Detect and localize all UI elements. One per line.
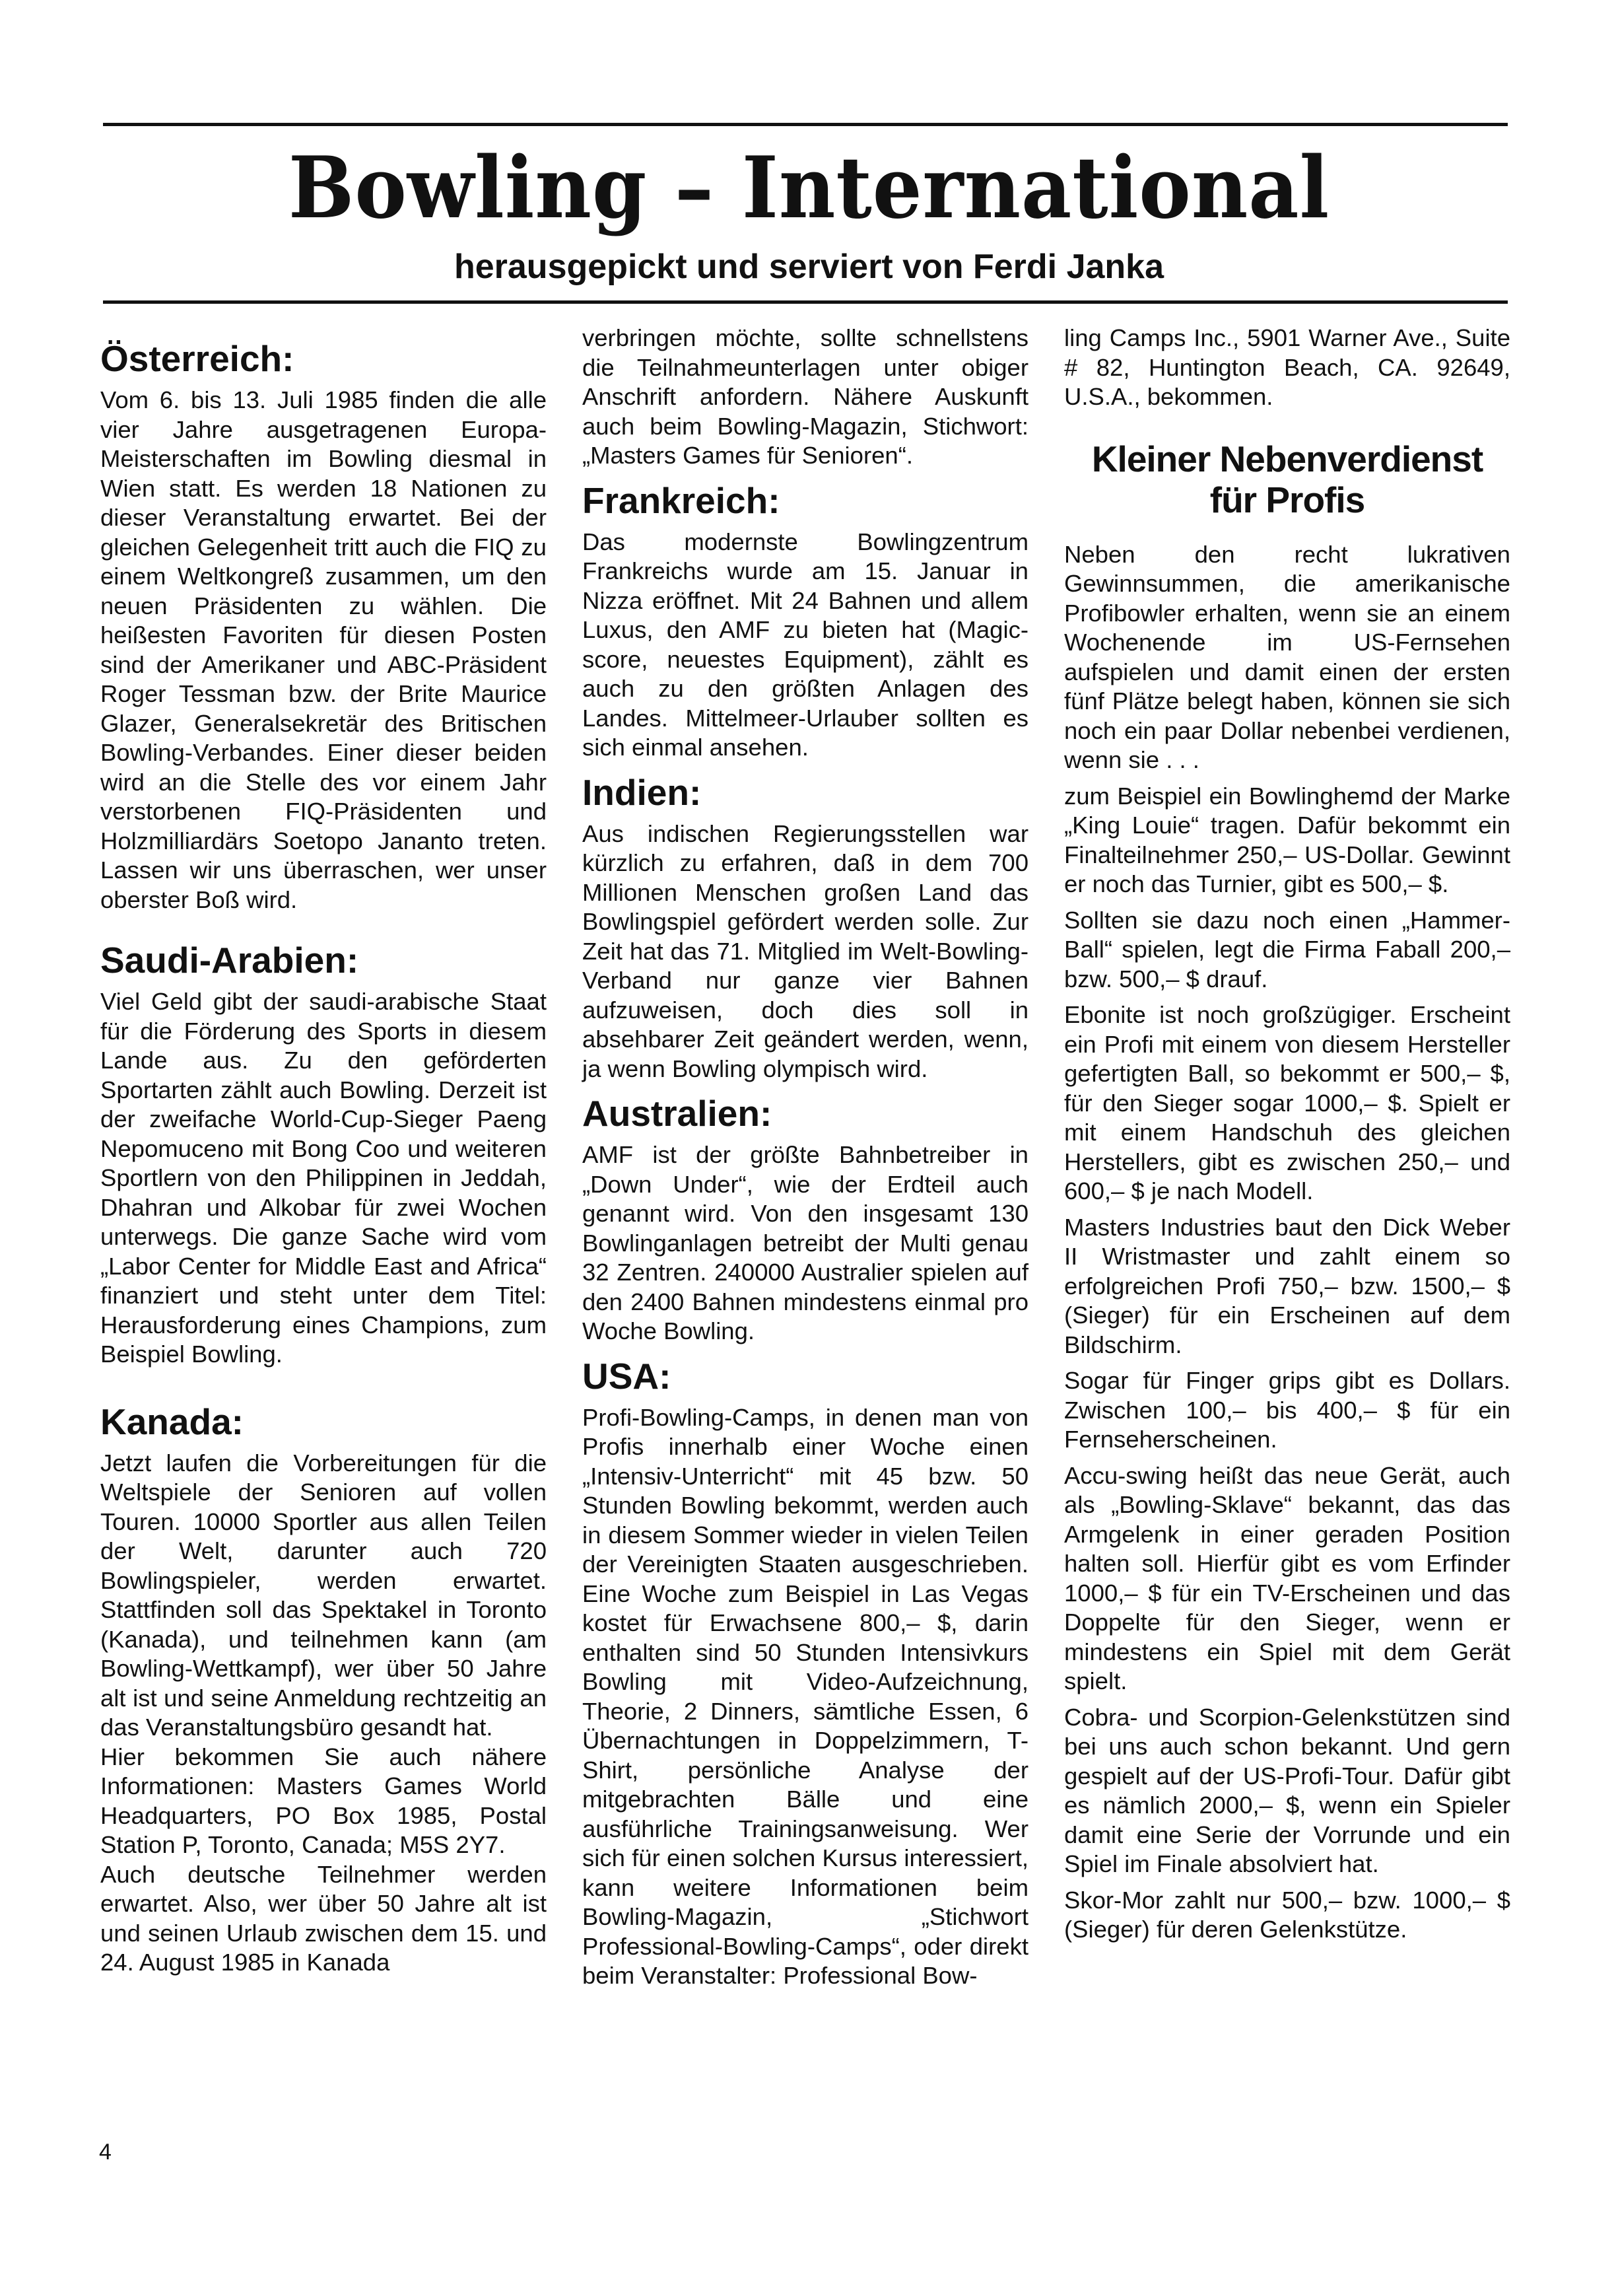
paragraph: Cobra- und Scorpion-Gelenkstützen sind b… (1064, 1703, 1510, 1879)
section-heading-kanada: Kanada: (100, 1401, 547, 1442)
section-text-frankreich: Das modernste Bowlingzentrum Frankreichs… (582, 528, 1028, 763)
section-text-saudi-arabien: Viel Geld gibt der saudi-arabische Staat… (100, 987, 547, 1370)
section-text-usa: Profi-Bowling-Camps, in denen man von Pr… (582, 1403, 1028, 1991)
section-text-usa-continued: ling Camps Inc., 5901 Warner Ave., Suite… (1064, 324, 1510, 412)
section-text-oesterreich: Vom 6. bis 13. Juli 1985 finden die alle… (100, 386, 547, 915)
paragraph: Sogar für Finger grips gibt es Dollars. … (1064, 1366, 1510, 1455)
page-subtitle: herausgepickt und serviert von Ferdi Jan… (0, 246, 1618, 288)
paragraph: zum Beispiel ein Bowlinghemd der Marke „… (1064, 782, 1510, 899)
paragraph: Masters Industries baut den Dick Weber I… (1064, 1213, 1510, 1360)
section-text-kanada-continued: verbringen möchte, sollte schnellstens d… (582, 324, 1028, 471)
section-heading-frankreich: Frankreich: (582, 480, 1028, 521)
section-heading-nebenverdienst: Kleiner Nebenverdienst für Profis (1064, 438, 1510, 520)
header-rule-top (103, 123, 1508, 126)
section-text-australien: AMF ist der größte Bahnbetreiber in „Dow… (582, 1140, 1028, 1346)
section-text-kanada-3: Auch deutsche Teilnehmer werden erwartet… (100, 1860, 547, 1978)
section-heading-usa: USA: (582, 1356, 1028, 1397)
section-text-kanada-1: Jetzt laufen die Vorbereitungen für die … (100, 1449, 547, 1743)
column-3: ling Camps Inc., 5901 Warner Ave., Suite… (1064, 324, 1510, 1951)
section-text-indien: Aus indischen Regierungsstellen war kürz… (582, 819, 1028, 1084)
paragraph: Sollten sie dazu noch einen „Hammer-Ball… (1064, 906, 1510, 994)
section-heading-australien: Australien: (582, 1093, 1028, 1134)
column-2: verbringen möchte, sollte schnellstens d… (582, 324, 1028, 1998)
section-heading-saudi-arabien: Saudi-Arabien: (100, 940, 547, 981)
page-title: Bowling – International (65, 139, 1553, 238)
paragraph: Ebonite ist noch großzügiger. Erscheint … (1064, 1000, 1510, 1206)
section-text-kanada-2: Hier bekommen Sie auch nähere Informatio… (100, 1743, 547, 1860)
paragraph: Skor-Mor zahlt nur 500,– bzw. 1000,– $ (… (1064, 1886, 1510, 1945)
header-rule-bottom (103, 300, 1508, 304)
page-number: 4 (99, 2139, 112, 2165)
column-1: Österreich: Vom 6. bis 13. Juli 1985 fin… (100, 324, 547, 1978)
heading-line-2: für Profis (1210, 479, 1365, 520)
heading-line-1: Kleiner Nebenverdienst (1092, 438, 1483, 479)
paragraph: Neben den recht lukrativen Gewinnsummen,… (1064, 540, 1510, 775)
section-heading-oesterreich: Österreich: (100, 338, 547, 379)
paragraph: Accu-swing heißt das neue Gerät, auch al… (1064, 1461, 1510, 1696)
section-heading-indien: Indien: (582, 772, 1028, 813)
